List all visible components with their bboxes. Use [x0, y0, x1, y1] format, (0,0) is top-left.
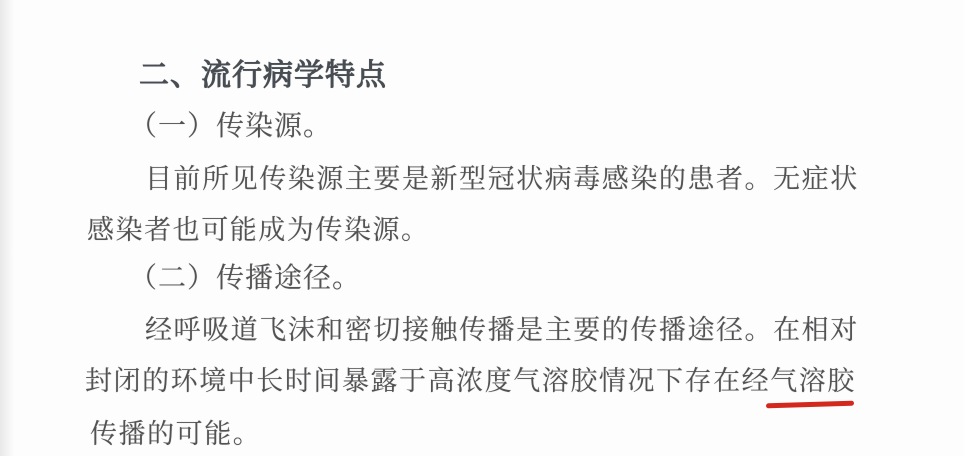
aerosol-term-text: 气溶胶	[770, 366, 856, 396]
section-heading: 二、流行病学特点	[139, 61, 387, 91]
paragraph-2-line-2: 封闭的环境中长时间暴露于高浓度气溶胶情况下存在经气溶胶	[85, 368, 856, 395]
paragraph-2-line-1: 经呼吸道飞沫和密切接触传播是主要的传播途径。在相对	[145, 317, 859, 344]
subsection-1-label: （一）传染源。	[129, 113, 332, 141]
aerosol-term: 气溶胶	[770, 368, 856, 395]
paragraph-1-line-2: 感染者也可能成为传染源。	[87, 217, 430, 244]
paragraph-2-line-2-text: 封闭的环境中长时间暴露于高浓度气溶胶情况下存在经	[85, 366, 770, 396]
subsection-2-label: （二）传播途径。	[129, 265, 361, 293]
paragraph-1-line-1: 目前所见传染源主要是新型冠状病毒感染的患者。无症状	[145, 166, 859, 193]
page-left-edge	[0, 0, 14, 456]
paragraph-2-line-3: 传播的可能。	[90, 421, 261, 448]
scanned-document-page: 二、流行病学特点 （一）传染源。 目前所见传染源主要是新型冠状病毒感染的患者。无…	[0, 0, 964, 456]
red-underline-annotation	[766, 400, 854, 407]
